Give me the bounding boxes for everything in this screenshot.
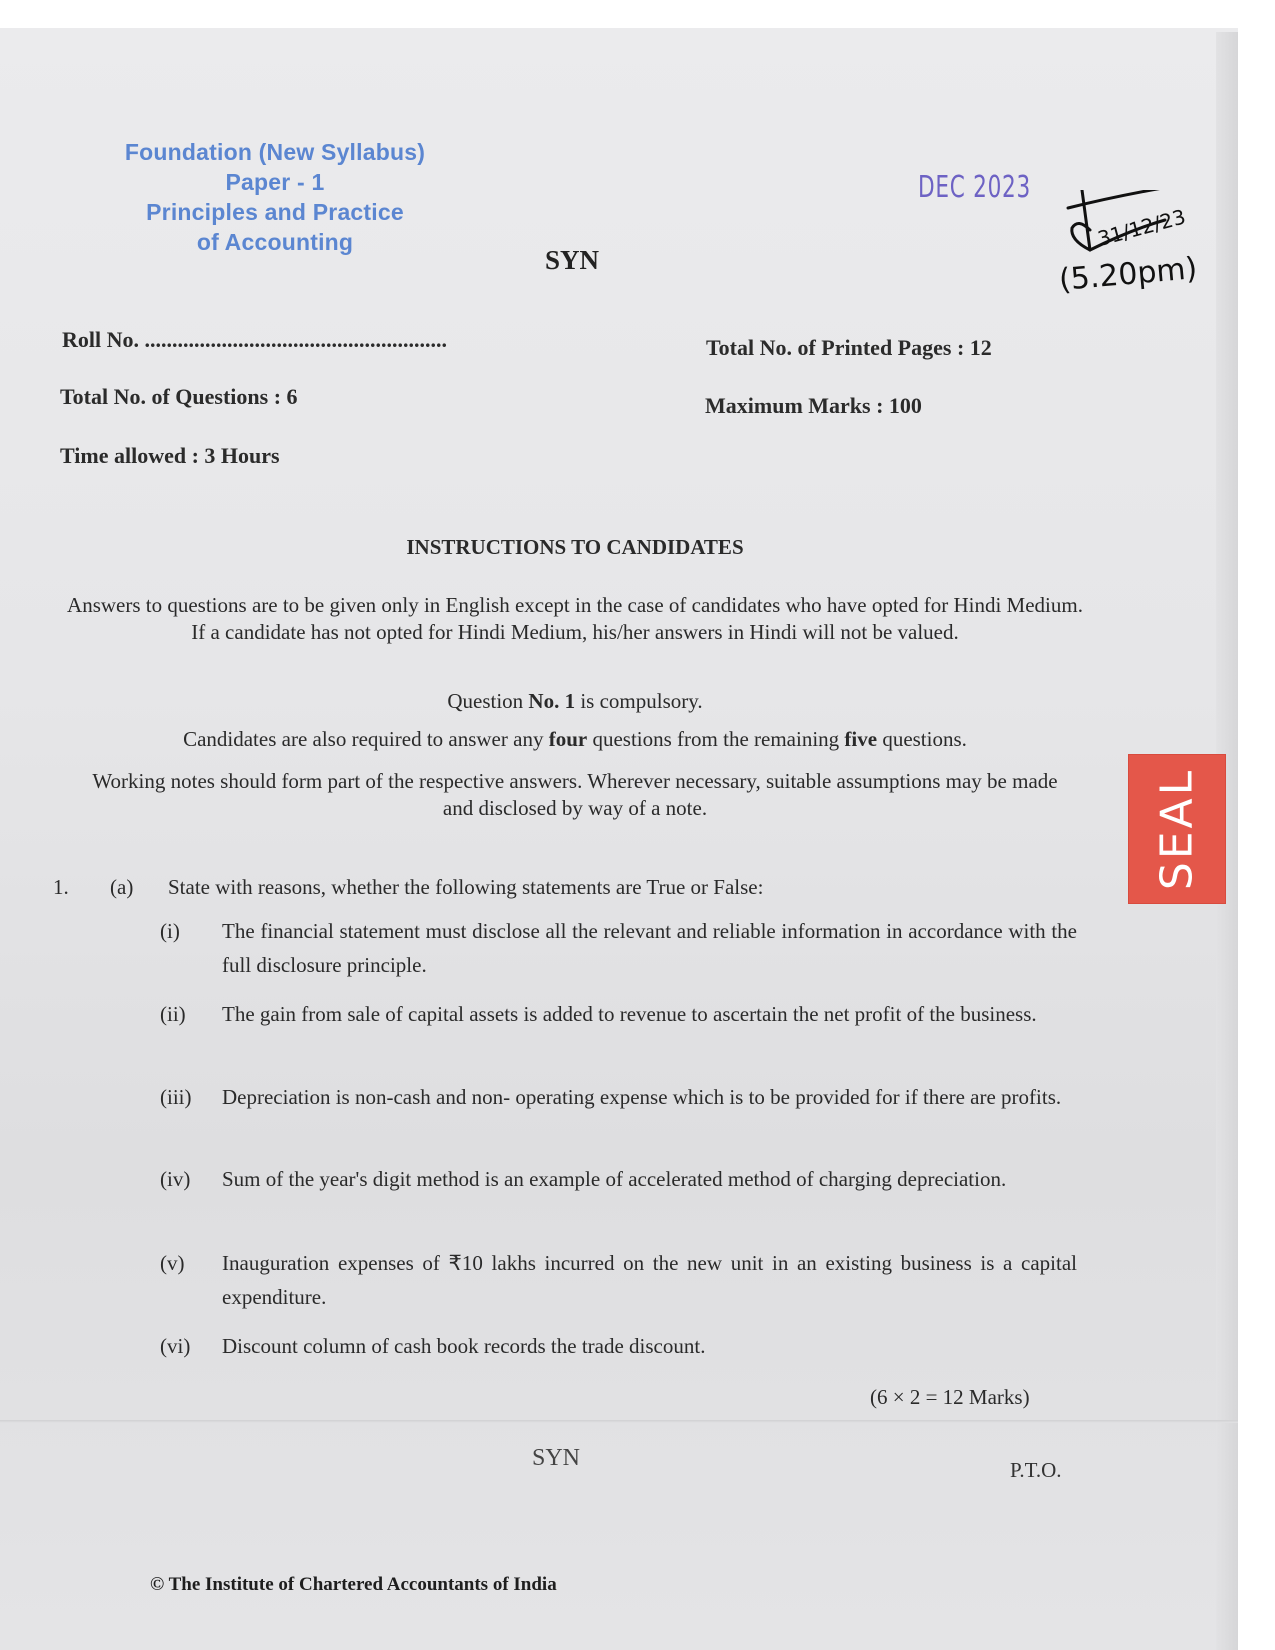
total-questions: Total No. of Questions : 6 [60,384,298,410]
maximum-marks: Maximum Marks : 100 [705,393,922,419]
seal-text: SEAL [1152,768,1203,890]
item-text: The financial statement must disclose al… [222,914,1077,982]
page-fold-line [0,1420,1238,1423]
item-number: (iii) [160,1080,215,1114]
item-text: Sum of the year's digit method is an exa… [222,1162,1077,1196]
question-number: 1. [53,870,69,904]
item-text: Discount column of cash book records the… [222,1329,1077,1363]
seal-label: SEAL [1128,754,1226,904]
pto-label: P.T.O. [1010,1458,1062,1483]
item-text: The gain from sale of capital assets is … [222,997,1077,1031]
paper-stamp: Foundation (New Syllabus) Paper - 1 Prin… [95,137,455,257]
handwritten-time: (5.20pm) [1060,251,1199,298]
instruction-text: Question [447,689,528,713]
instruction-text: is compulsory. [575,689,703,713]
handwritten-date: 31/12/23 [1095,204,1188,250]
marks-allocation: (6 × 2 = 12 Marks) [870,1385,1030,1410]
instruction-language: Answers to questions are to be given onl… [60,592,1090,646]
question-part: (a) [110,870,133,904]
item-number: (vi) [160,1329,215,1363]
item-number: (ii) [160,997,215,1031]
instruction-text: questions. [877,727,967,751]
item-text: Depreciation is non-cash and non- operat… [222,1080,1077,1114]
footer-paper-code: SYN [532,1445,580,1472]
instruction-compulsory: Question No. 1 is compulsory. [60,688,1090,715]
date-stamp: DEC 2023 [918,170,1031,205]
item-text: Inauguration expenses of ₹10 lakhs incur… [222,1246,1077,1314]
stamp-line-4: of Accounting [95,227,455,257]
stamp-line-1: Foundation (New Syllabus) [95,137,455,167]
exam-page [0,28,1238,1650]
instruction-text: Candidates are also required to answer a… [183,727,549,751]
instructions-heading: INSTRUCTIONS TO CANDIDATES [0,535,1150,560]
instruction-bold: five [844,727,877,751]
stamp-line-2: Paper - 1 [95,167,455,197]
question-prompt: State with reasons, whether the followin… [168,870,1068,904]
item-number: (i) [160,914,215,948]
item-number: (iv) [160,1162,215,1196]
paper-code: SYN [545,245,599,276]
handwritten-signature: 31/12/23 (5.20pm) [1060,190,1210,320]
instruction-text: questions from the remaining [587,727,844,751]
instruction-bold: four [549,727,588,751]
roll-no-field: Roll No. ...............................… [62,327,447,353]
instruction-working-notes: Working notes should form part of the re… [90,768,1060,822]
copyright-notice: © The Institute of Chartered Accountants… [150,1574,557,1596]
item-number: (v) [160,1246,215,1280]
stamp-line-3: Principles and Practice [95,197,455,227]
printed-pages: Total No. of Printed Pages : 12 [706,335,992,361]
instruction-choice: Candidates are also required to answer a… [50,726,1100,753]
instruction-bold: No. 1 [528,689,575,713]
time-allowed: Time allowed : 3 Hours [60,443,280,469]
